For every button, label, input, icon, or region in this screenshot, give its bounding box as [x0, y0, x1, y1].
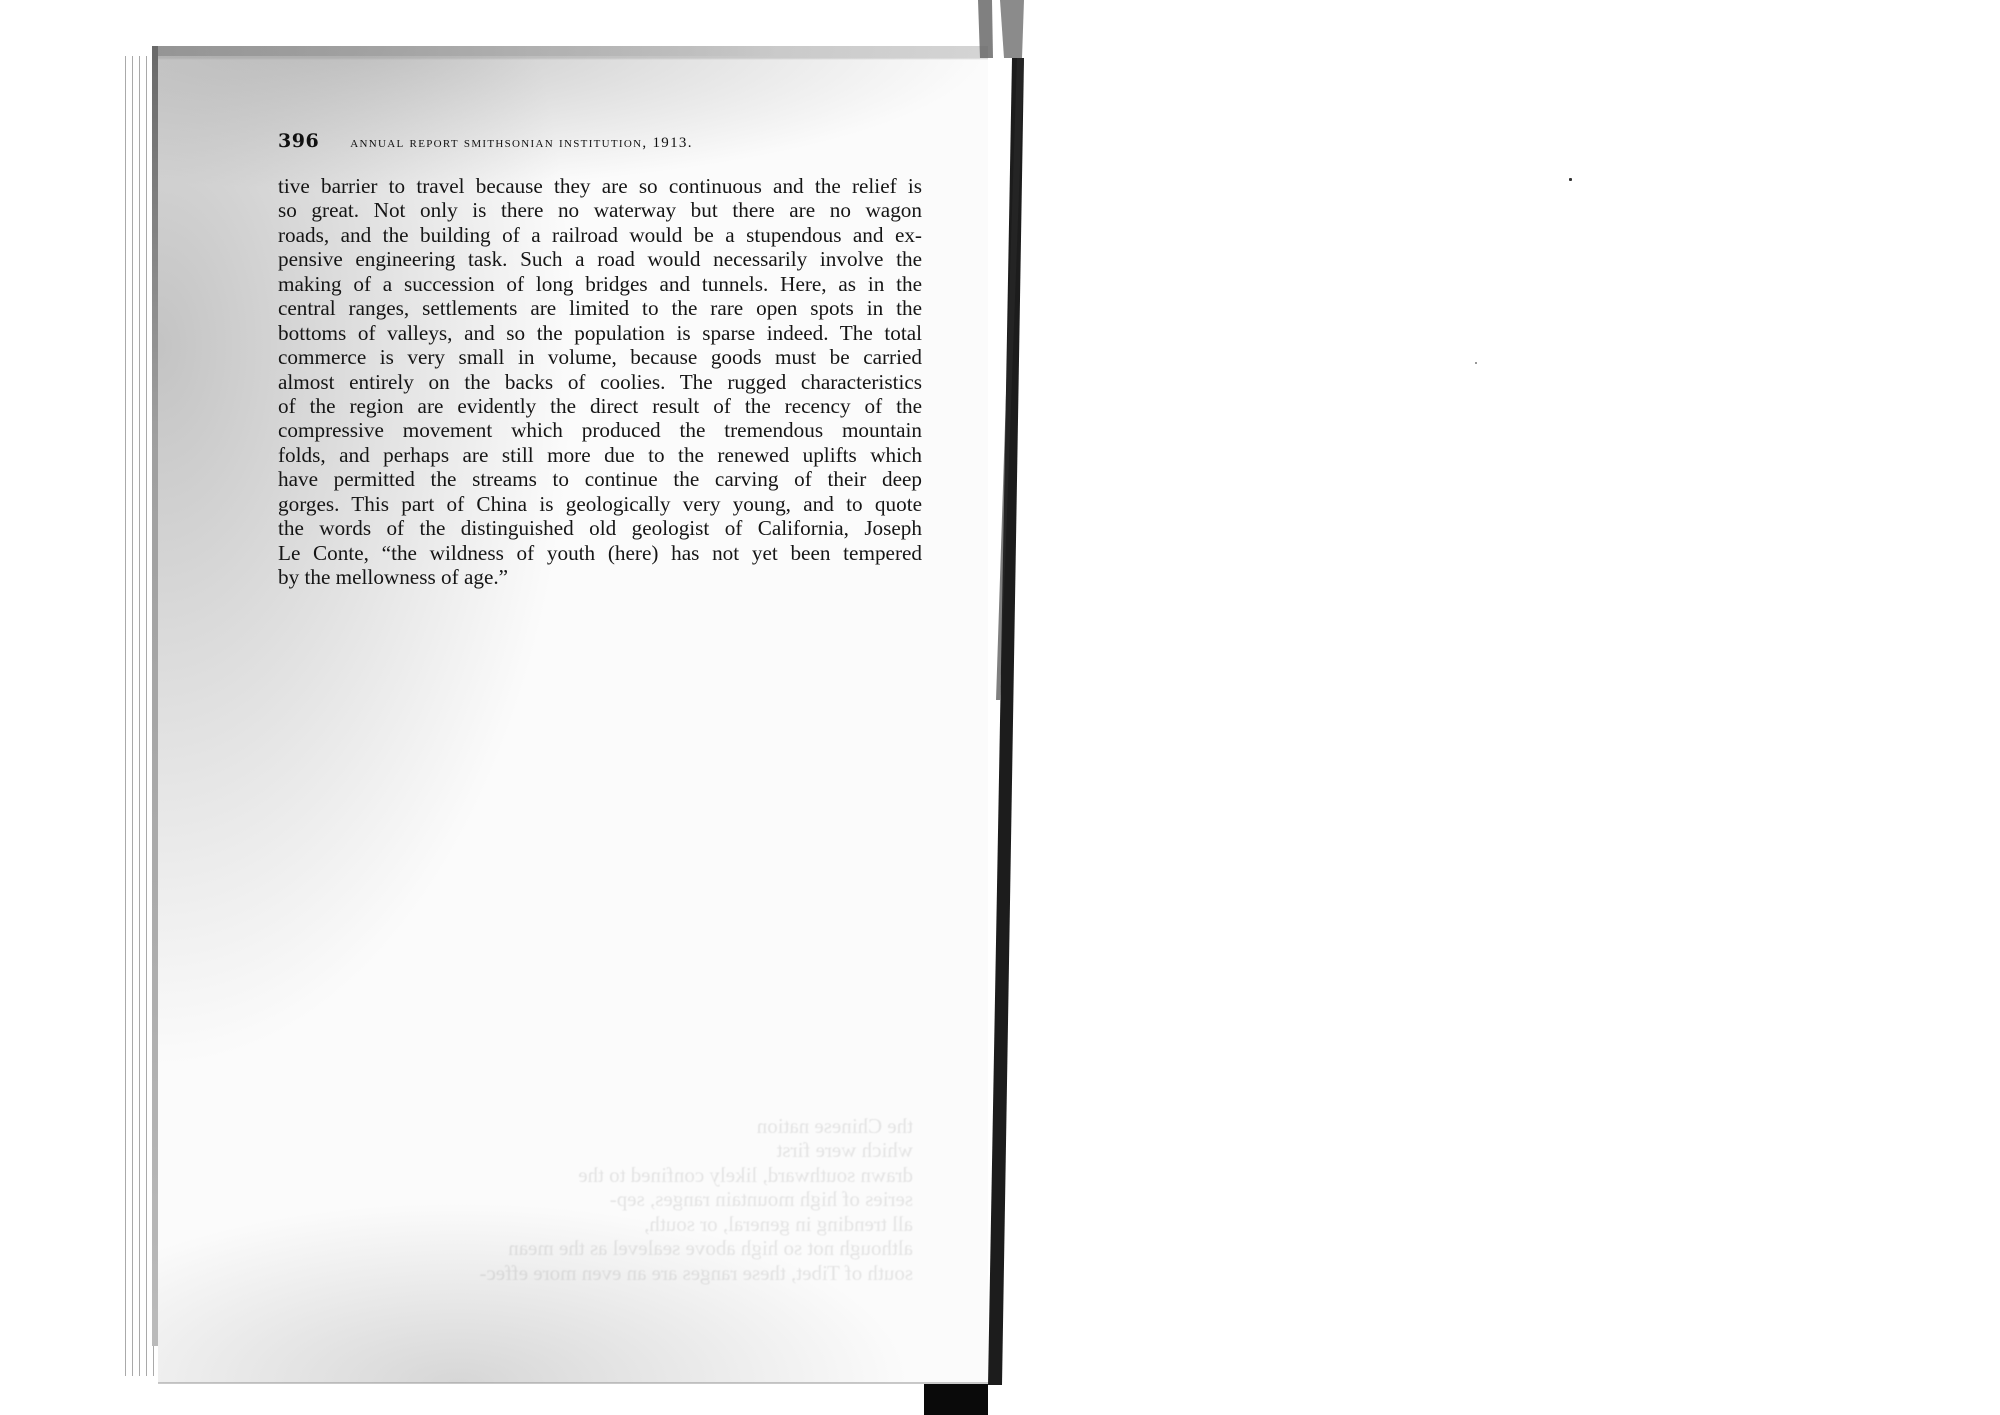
body-paragraph: tive barrier to travel because they are … [278, 174, 922, 589]
text-line: by the mellowness of age.” [278, 565, 922, 589]
text-line: making of a succession of long bridges a… [278, 272, 922, 296]
running-head-title: ANNUAL REPORT SMITHSONIAN INSTITUTION, 1… [350, 135, 692, 152]
text-line: tive barrier to travel because they are … [278, 174, 922, 198]
text-line: have permitted the streams to continue t… [278, 467, 922, 491]
text-line: bottoms of valleys, and so the populatio… [278, 321, 922, 345]
text-line: the words of the distinguished old geolo… [278, 516, 922, 540]
page-number: 396 [278, 130, 319, 152]
text-line: almost entirely on the backs of coolies.… [278, 370, 922, 394]
scan-speck [1569, 178, 1572, 181]
text-line: pensive engineering task. Such a road wo… [278, 247, 922, 271]
running-head: 396 ANNUAL REPORT SMITHSONIAN INSTITUTIO… [278, 130, 922, 152]
text-line: gorges. This part of China is geological… [278, 492, 922, 516]
text-line: central ranges, settlements are limited … [278, 296, 922, 320]
book-page-edges [122, 56, 158, 1376]
text-line: compressive movement which produced the … [278, 418, 922, 442]
page-top-edge [158, 46, 778, 56]
text-line: commerce is very small in volume, becaus… [278, 345, 922, 369]
text-line: folds, and perhaps are still more due to… [278, 443, 922, 467]
text-line: roads, and the building of a railroad wo… [278, 223, 922, 247]
text-line: Le Conte, “the wildness of youth (here) … [278, 541, 922, 565]
text-line: so great. Not only is there no waterway … [278, 198, 922, 222]
scanned-page: the Chinese nationwhich were firstdrawn … [158, 46, 988, 1383]
scan-speck [1475, 362, 1477, 364]
text-line: of the region are evidently the direct r… [278, 394, 922, 418]
